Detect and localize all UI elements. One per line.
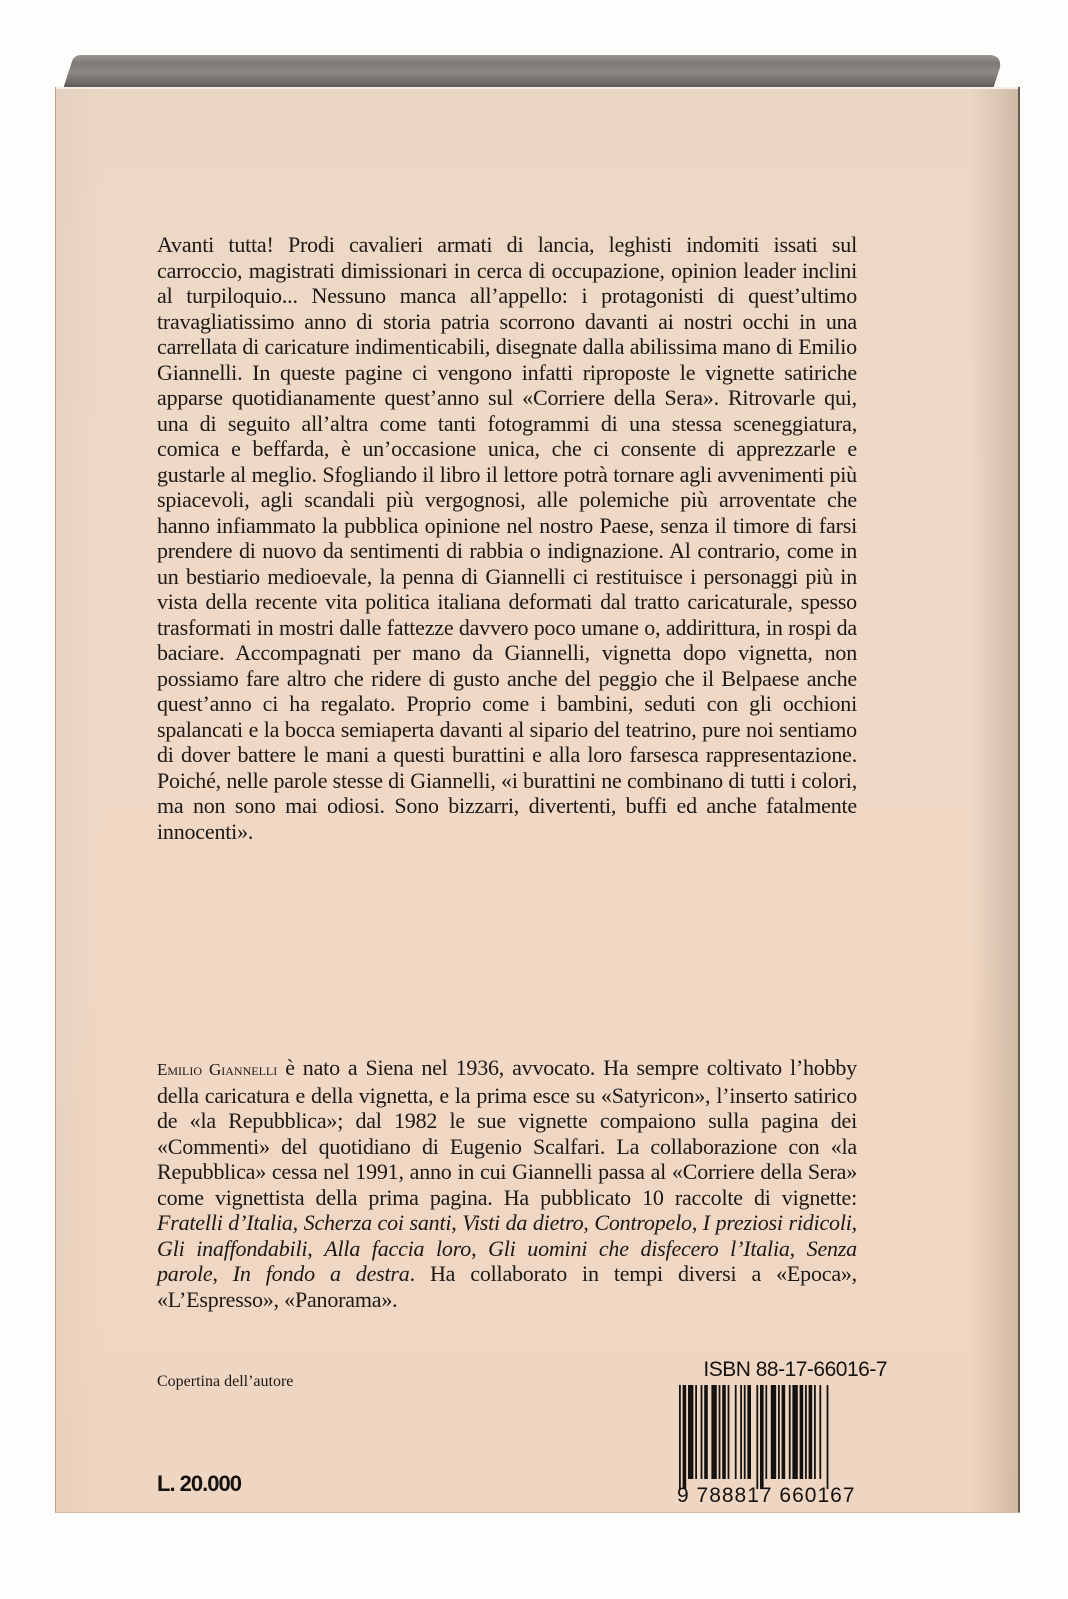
bio-paragraph: Emilio Giannelli è nato a Siena nel 1936… (157, 1055, 857, 1312)
collection-title: In fondo a destra (233, 1261, 410, 1286)
barcode-icon (677, 1385, 887, 1489)
isbn-barcode-block: ISBN 88-17-66016-7 9 788817 660167 (677, 1359, 887, 1507)
collection-title: Fratelli d’Italia (157, 1210, 293, 1235)
book: Avanti tutta! Prodi cavalieri armati di … (55, 55, 1017, 1525)
ean-number: 9 788817 660167 (677, 1485, 887, 1507)
blurb-paragraph: Avanti tutta! Prodi cavalieri armati di … (157, 232, 857, 844)
back-cover: Avanti tutta! Prodi cavalieri armati di … (55, 87, 1020, 1513)
collection-title: Gli uomini che disfecero l’Italia (488, 1236, 790, 1261)
author-name: Emilio Giannelli (157, 1060, 277, 1079)
collection-title: I preziosi ridicoli (703, 1210, 852, 1235)
price-label: L. 20.000 (157, 1471, 241, 1497)
collection-title: Scherza coi santi (304, 1210, 452, 1235)
blurb-text: Avanti tutta! Prodi cavalieri armati di … (157, 232, 857, 844)
author-bio: Emilio Giannelli è nato a Siena nel 1936… (157, 1055, 857, 1312)
collection-title: Gli inaffondabili (157, 1236, 307, 1261)
collection-title: Contropelo (594, 1210, 691, 1235)
page-block-top-edge (63, 55, 1004, 89)
collection-title: Alla faccia loro (324, 1236, 471, 1261)
isbn-label: ISBN 88-17-66016-7 (677, 1359, 887, 1381)
cover-credit: Copertina dell’autore (157, 1373, 293, 1391)
collection-title: Visti da dietro (462, 1210, 583, 1235)
